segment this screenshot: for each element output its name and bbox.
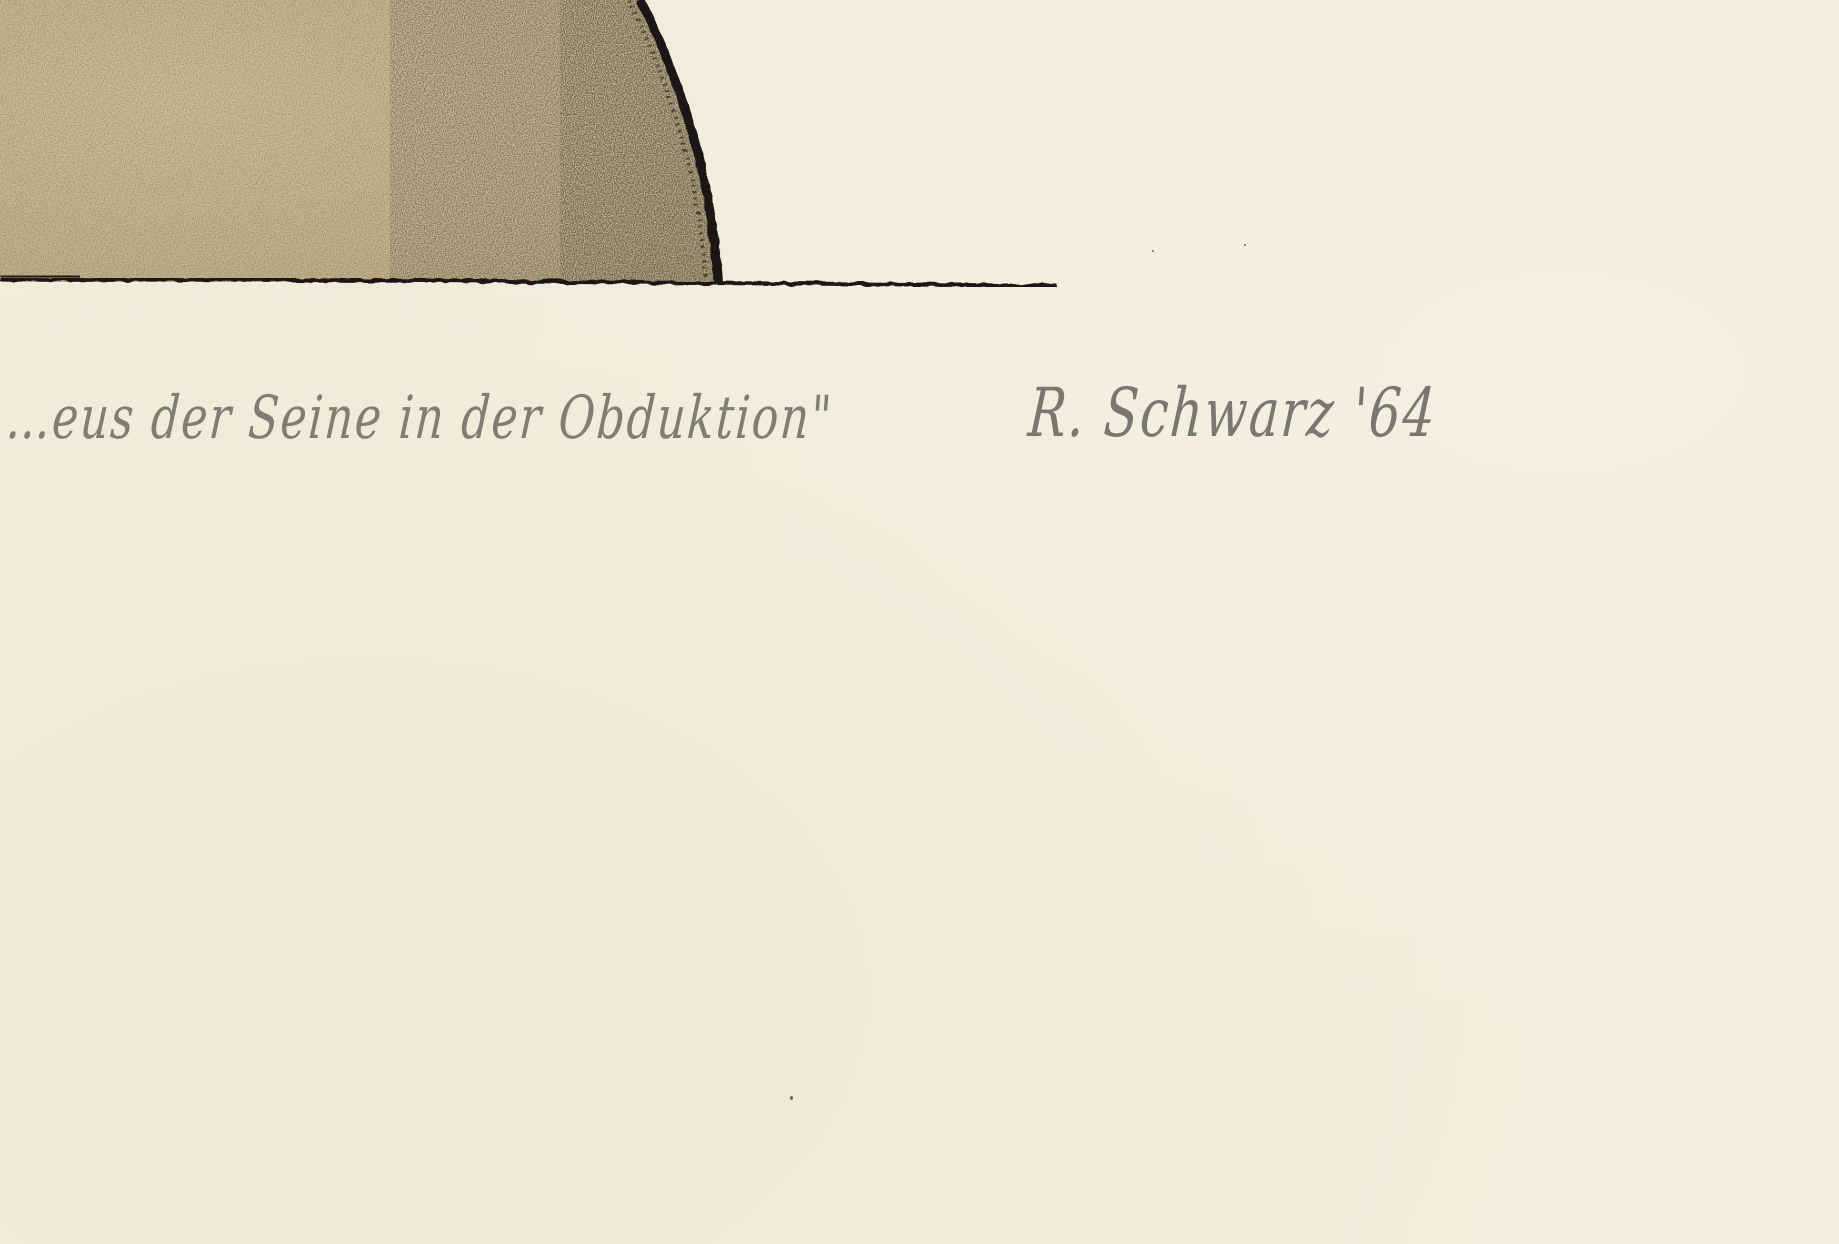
artwork-print: …eus der Seine in der Obduktion" R. Schw… bbox=[0, 0, 1839, 1244]
printed-image bbox=[0, 0, 1839, 1244]
paper-speck bbox=[1152, 250, 1154, 252]
baseline-line bbox=[0, 279, 1057, 286]
paper-speck bbox=[1244, 244, 1246, 246]
artist-signature: R. Schwarz '64 bbox=[1026, 374, 1439, 452]
title-inscription: …eus der Seine in der Obduktion" bbox=[4, 384, 835, 453]
paper-speck bbox=[790, 1096, 793, 1100]
